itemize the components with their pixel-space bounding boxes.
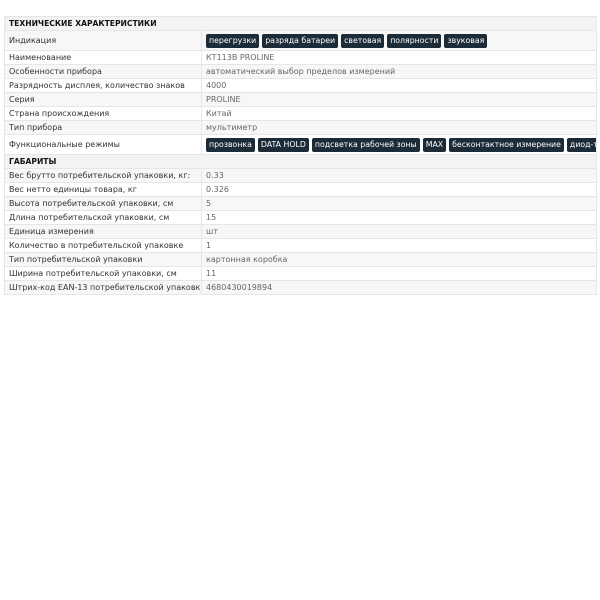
table-row: Функциональные режимыпрозвонкаDATA HOLDп…	[5, 135, 597, 155]
tag-badge[interactable]: диод-тест	[567, 138, 597, 152]
tag-badge[interactable]: MAX	[423, 138, 446, 152]
tag-badge[interactable]: прозвонка	[206, 138, 255, 152]
table-row: Тип потребительской упаковкикартонная ко…	[5, 253, 597, 267]
table-row: Длина потребительской упаковки, см15	[5, 211, 597, 225]
spec-label: Высота потребительской упаковки, см	[5, 197, 202, 211]
spec-label: Количество в потребительской упаковке	[5, 239, 202, 253]
spec-value: 4000	[202, 79, 597, 93]
spec-label: Ширина потребительской упаковки, см	[5, 267, 202, 281]
spec-label: Функциональные режимы	[5, 135, 202, 155]
spec-value: 11	[202, 267, 597, 281]
spec-label: Тип прибора	[5, 121, 202, 135]
spec-label: Особенности прибора	[5, 65, 202, 79]
section-header: ГАБАРИТЫ	[5, 155, 597, 169]
table-row: Вес нетто единицы товара, кг0.326	[5, 183, 597, 197]
spec-value: 0.33	[202, 169, 597, 183]
spec-label: Вес брутто потребительской упаковки, кг:	[5, 169, 202, 183]
tag-badge[interactable]: световая	[341, 34, 384, 48]
table-row: СерияPROLINE	[5, 93, 597, 107]
table-row: Страна происхожденияКитай	[5, 107, 597, 121]
table-row: Тип приборамультиметр	[5, 121, 597, 135]
spec-value: PROLINE	[202, 93, 597, 107]
table-row: НаименованиеКТ113В PROLINE	[5, 51, 597, 65]
spec-label: Страна происхождения	[5, 107, 202, 121]
specifications-body: ТЕХНИЧЕСКИЕ ХАРАКТЕРИСТИКИИндикацияперег…	[5, 17, 597, 295]
spec-value: 15	[202, 211, 597, 225]
table-row: Единица измеренияшт	[5, 225, 597, 239]
spec-label: Длина потребительской упаковки, см	[5, 211, 202, 225]
spec-label: Разрядность дисплея, количество знаков	[5, 79, 202, 93]
tag-badge[interactable]: полярности	[387, 34, 441, 48]
spec-value: 4680430019894	[202, 281, 597, 295]
spec-label: Вес нетто единицы товара, кг	[5, 183, 202, 197]
tag-list: прозвонкаDATA HOLDподсветка рабочей зоны…	[206, 138, 592, 152]
tag-badge[interactable]: перегрузки	[206, 34, 259, 48]
tag-list: перегрузкиразряда батареисветоваяполярно…	[206, 34, 592, 48]
spec-label: Серия	[5, 93, 202, 107]
table-row: Ширина потребительской упаковки, см11	[5, 267, 597, 281]
spec-label: Индикация	[5, 31, 202, 51]
table-row: Разрядность дисплея, количество знаков40…	[5, 79, 597, 93]
specifications-table: ТЕХНИЧЕСКИЕ ХАРАКТЕРИСТИКИИндикацияперег…	[4, 16, 597, 295]
spec-value: КТ113В PROLINE	[202, 51, 597, 65]
spec-label: Единица измерения	[5, 225, 202, 239]
tag-badge[interactable]: подсветка рабочей зоны	[312, 138, 420, 152]
spec-value: картонная коробка	[202, 253, 597, 267]
spec-value: автоматический выбор пределов измерений	[202, 65, 597, 79]
spec-value: 1	[202, 239, 597, 253]
section-title: ГАБАРИТЫ	[5, 155, 597, 169]
spec-value: мультиметр	[202, 121, 597, 135]
table-row: Вес брутто потребительской упаковки, кг:…	[5, 169, 597, 183]
table-row: Высота потребительской упаковки, см5	[5, 197, 597, 211]
section-header: ТЕХНИЧЕСКИЕ ХАРАКТЕРИСТИКИ	[5, 17, 597, 31]
spec-label: Наименование	[5, 51, 202, 65]
spec-label: Штрих-код EAN-13 потребительской упаковк…	[5, 281, 202, 295]
tag-badge[interactable]: бесконтактное измерение	[449, 138, 564, 152]
spec-value: 0.326	[202, 183, 597, 197]
tag-badge[interactable]: звуковая	[444, 34, 487, 48]
spec-label: Тип потребительской упаковки	[5, 253, 202, 267]
tag-badge[interactable]: разряда батареи	[262, 34, 338, 48]
spec-value: перегрузкиразряда батареисветоваяполярно…	[202, 31, 597, 51]
spec-value: шт	[202, 225, 597, 239]
table-row: Штрих-код EAN-13 потребительской упаковк…	[5, 281, 597, 295]
tag-badge[interactable]: DATA HOLD	[258, 138, 309, 152]
section-title: ТЕХНИЧЕСКИЕ ХАРАКТЕРИСТИКИ	[5, 17, 597, 31]
spec-value: 5	[202, 197, 597, 211]
table-row: Индикацияперегрузкиразряда батареисветов…	[5, 31, 597, 51]
table-row: Особенности прибораавтоматический выбор …	[5, 65, 597, 79]
spec-value: прозвонкаDATA HOLDподсветка рабочей зоны…	[202, 135, 597, 155]
spec-value: Китай	[202, 107, 597, 121]
table-row: Количество в потребительской упаковке1	[5, 239, 597, 253]
